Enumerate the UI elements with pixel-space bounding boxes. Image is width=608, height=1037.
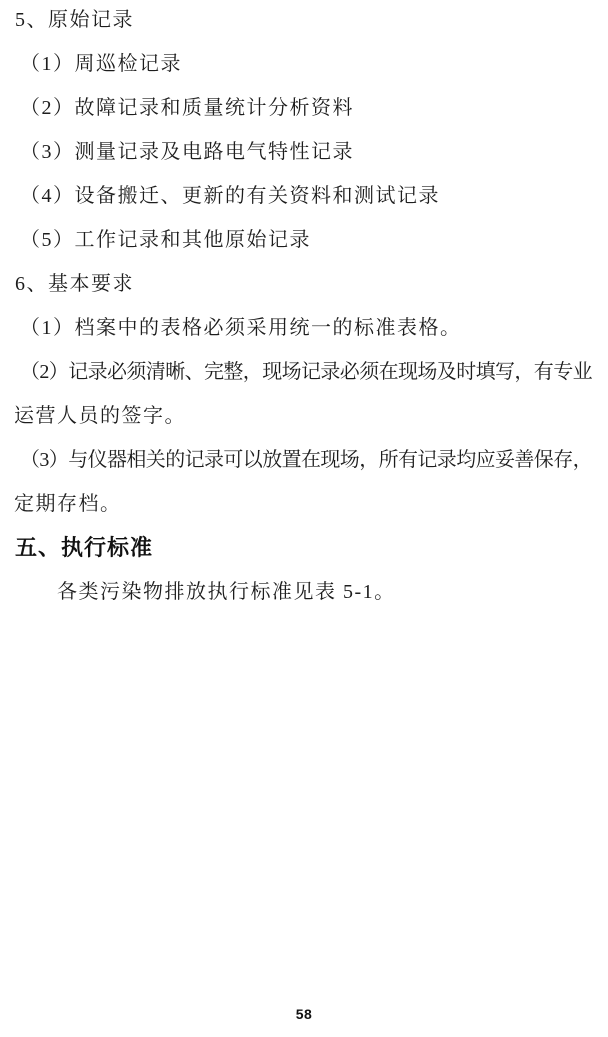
list-item: （4）设备搬迁、更新的有关资料和测试记录 xyxy=(20,174,600,218)
list-item: （3）测量记录及电路电气特性记录 xyxy=(20,130,600,174)
document-page: 5、原始记录 （1）周巡检记录 （2）故障记录和质量统计分析资料 （3）测量记录… xyxy=(0,0,608,1037)
list-item: （5）工作记录和其他原始记录 xyxy=(20,218,600,262)
list-item: （2）记录必须清晰、完整，现场记录必须在现场及时填写，有专业 xyxy=(20,350,600,394)
list-item: （1）档案中的表格必须采用统一的标准表格。 xyxy=(20,306,600,350)
list-item-continuation: 定期存档。 xyxy=(14,482,600,526)
page-number: 58 xyxy=(0,1006,608,1022)
list-item: （1）周巡检记录 xyxy=(20,42,600,86)
paragraph: 各类污染物排放执行标准见表 5-1。 xyxy=(57,570,600,614)
numbered-heading-5: 5、原始记录 xyxy=(15,0,600,42)
list-item-continuation: 运营人员的签字。 xyxy=(14,394,600,438)
list-item: （2）故障记录和质量统计分析资料 xyxy=(20,86,600,130)
list-item: （3）与仪器相关的记录可以放置在现场，所有记录均应妥善保存， xyxy=(20,438,600,482)
chapter-heading: 五、执行标准 xyxy=(15,526,600,570)
document-content: 5、原始记录 （1）周巡检记录 （2）故障记录和质量统计分析资料 （3）测量记录… xyxy=(14,0,600,614)
numbered-heading-6: 6、基本要求 xyxy=(15,262,600,306)
